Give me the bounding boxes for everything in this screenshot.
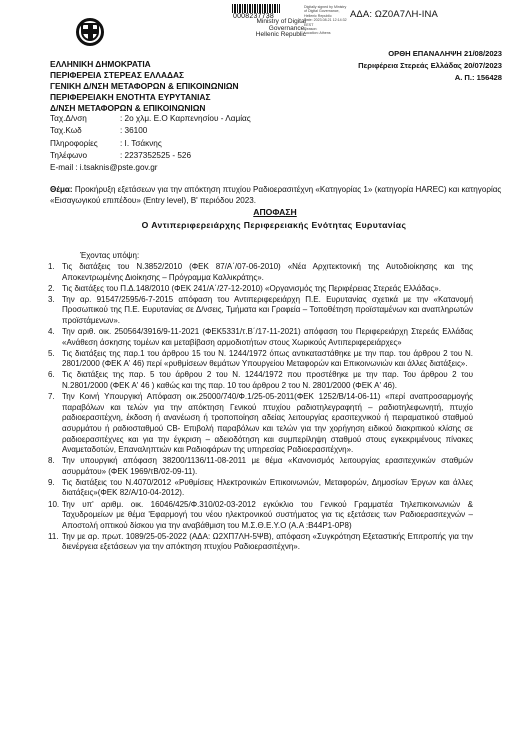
item-number: 9. xyxy=(48,478,62,499)
considering-heading: Έχοντας υπόψη: xyxy=(80,251,139,260)
ada-code: ΑΔΑ: ΩΖ0Α7ΛΗ-ΙΝΑ xyxy=(350,9,438,20)
contact-label: Ταχ.Κωδ xyxy=(50,125,120,137)
item-number: 11. xyxy=(48,532,62,553)
letterhead-line: ΓΕΝΙΚΗ Δ/ΝΣΗ ΜΕΤΑΦΟΡΩΝ & ΕΠΙΚΟΙΝΩΝΙΩΝ xyxy=(50,81,239,92)
item-number: 3. xyxy=(48,295,62,327)
list-item: 1.Τις διατάξεις του Ν.3852/2010 (ΦΕΚ 87/… xyxy=(48,262,473,283)
item-text: Τις διατάξεις του Ν.3852/2010 (ΦΕΚ 87/Α΄… xyxy=(62,262,473,283)
item-number: 7. xyxy=(48,392,62,456)
list-item: 8.Την υπουργική απόφαση 38200/1136/11-08… xyxy=(48,456,473,477)
letterhead-line: ΠΕΡΙΦΕΡΕΙΑΚΗ ΕΝΟΤΗΤΑ ΕΥΡΥΤΑΝΙΑΣ xyxy=(50,92,239,103)
contact-row-info: Πληροφορίες : Ι. Τσάκνης xyxy=(50,138,251,150)
item-text: Τις διατάξεις της παρ. 5 του άρθρου 2 το… xyxy=(62,370,473,391)
contact-row-email: E-mail : i.tsaknis@pste.gov.gr xyxy=(50,162,251,174)
item-text: Την υπ' αριθμ. οικ. 16046/425/Φ.310/02-0… xyxy=(62,500,473,532)
decision-title: ΑΠΟΦΑΣΗ xyxy=(0,207,530,217)
contact-row-phone: Τηλέφωνο : 2237352525 - 526 xyxy=(50,150,251,162)
list-item: 3.Την αρ. 91547/2595/6-7-2015 απόφαση το… xyxy=(48,295,473,327)
letterhead: ΕΛΛΗΝΙΚΗ ΔΗΜΟΚΡΑΤΙΑ ΠΕΡΙΦΕΡΕΙΑ ΣΤΕΡΕΑΣ Ε… xyxy=(50,59,239,114)
item-number: 5. xyxy=(48,349,62,370)
item-text: Την αριθ. οικ. 250564/3916/9-11-2021 (ΦΕ… xyxy=(62,327,473,348)
contact-label: E-mail xyxy=(50,162,73,174)
list-item: 4.Την αριθ. οικ. 250564/3916/9-11-2021 (… xyxy=(48,327,473,348)
contact-label: Τηλέφωνο xyxy=(50,150,120,162)
references-list: 1.Τις διατάξεις του Ν.3852/2010 (ΦΕΚ 87/… xyxy=(48,262,473,554)
contact-row-postcode: Ταχ.Κωδ : 36100 xyxy=(50,125,251,137)
signature-organization: Ministry of Digital Governance, Hellenic… xyxy=(251,19,306,39)
item-text: Τις διατάξεις της παρ.1 του άρθρου 15 το… xyxy=(62,349,473,370)
signature-org-line: Hellenic Republic xyxy=(251,32,306,39)
subject-text: Προκήρυξη εξετάσεων για την απόκτηση πτυ… xyxy=(50,185,501,205)
contact-value: : 2ο χλμ. Ε.Ο Καρπενησίου - Λαμίας xyxy=(120,113,251,125)
item-number: 8. xyxy=(48,456,62,477)
list-item: 6.Τις διατάξεις της παρ. 5 του άρθρου 2 … xyxy=(48,370,473,391)
subject-label: Θέμα: xyxy=(50,185,73,194)
item-text: Την αρ. 91547/2595/6-7-2015 απόφαση του … xyxy=(62,295,473,327)
item-text: Τις διατάξες του Π.Δ.148/2010 (ΦΕΚ 241/Α… xyxy=(62,284,473,295)
item-number: 4. xyxy=(48,327,62,348)
item-text: Τις διατάξεις του Ν.4070/2012 «Ρυθμίσεις… xyxy=(62,478,473,499)
item-number: 1. xyxy=(48,262,62,283)
contact-label: Ταχ.Δ/νση xyxy=(50,113,120,125)
item-text: Την με αρ. πρωτ. 1089/25-05-2022 (ΑΔΑ: Ω… xyxy=(62,532,473,553)
item-number: 10. xyxy=(48,500,62,532)
list-item: 5.Τις διατάξεις της παρ.1 του άρθρου 15 … xyxy=(48,349,473,370)
letterhead-line: ΕΛΛΗΝΙΚΗ ΔΗΜΟΚΡΑΤΙΑ xyxy=(50,59,239,70)
item-text: Την Κοινή Υπουργική Απόφαση οικ.25000/74… xyxy=(62,392,473,456)
contact-value: : 36100 xyxy=(120,125,147,137)
contact-value: : Ι. Τσάκνης xyxy=(120,138,162,150)
barcode-icon xyxy=(232,4,280,13)
list-item: 10.Την υπ' αριθμ. οικ. 16046/425/Φ.310/0… xyxy=(48,500,473,532)
contact-row-address: Ταχ.Δ/νση : 2ο χλμ. Ε.Ο Καρπενησίου - Λα… xyxy=(50,113,251,125)
contact-value: : 2237352525 - 526 xyxy=(120,150,191,162)
decision-issuer: Ο Αντιπεριφερειάρχης Περιφερειακής Ενότη… xyxy=(0,220,530,230)
list-item: 9.Τις διατάξεις του Ν.4070/2012 «Ρυθμίσε… xyxy=(48,478,473,499)
place-date: Περιφέρεια Στερεάς Ελλάδας 20/07/2023 xyxy=(358,60,502,72)
greek-emblem-icon xyxy=(76,18,104,46)
item-number: 2. xyxy=(48,284,62,295)
emblem-cross-horizontal xyxy=(82,29,98,34)
list-item: 7.Την Κοινή Υπουργική Απόφαση οικ.25000/… xyxy=(48,392,473,456)
item-text: Την υπουργική απόφαση 38200/1136/11-08-2… xyxy=(62,456,473,477)
signature-meta-line: Date: 2023.08.21 12:14:32 xyxy=(304,18,352,22)
contact-label: Πληροφορίες xyxy=(50,138,120,150)
subject: Θέμα: Προκήρυξη εξετάσεων για την απόκτη… xyxy=(50,184,520,206)
reissue-notice: ΟΡΘΗ ΕΠΑΝΑΛΗΨΗ 21/08/2023 xyxy=(358,48,502,60)
list-item: 2.Τις διατάξες του Π.Δ.148/2010 (ΦΕΚ 241… xyxy=(48,284,473,295)
email-link[interactable]: : i.tsaknis@pste.gov.gr xyxy=(75,162,157,174)
protocol-number: Α. Π.: 156428 xyxy=(358,72,502,84)
contact-info: Ταχ.Δ/νση : 2ο χλμ. Ε.Ο Καρπενησίου - Λα… xyxy=(50,113,251,174)
letterhead-line: ΠΕΡΙΦΕΡΕΙΑ ΣΤΕΡΕΑΣ ΕΛΛΑΔΑΣ xyxy=(50,70,239,81)
list-item: 11.Την με αρ. πρωτ. 1089/25-05-2022 (ΑΔΑ… xyxy=(48,532,473,553)
item-number: 6. xyxy=(48,370,62,391)
signature-details: Digitally signed by Ministry of Digital … xyxy=(304,5,352,36)
signature-meta-line: Location: Athens xyxy=(304,31,352,35)
document-reference-block: ΟΡΘΗ ΕΠΑΝΑΛΗΨΗ 21/08/2023 Περιφέρεια Στε… xyxy=(358,48,502,84)
